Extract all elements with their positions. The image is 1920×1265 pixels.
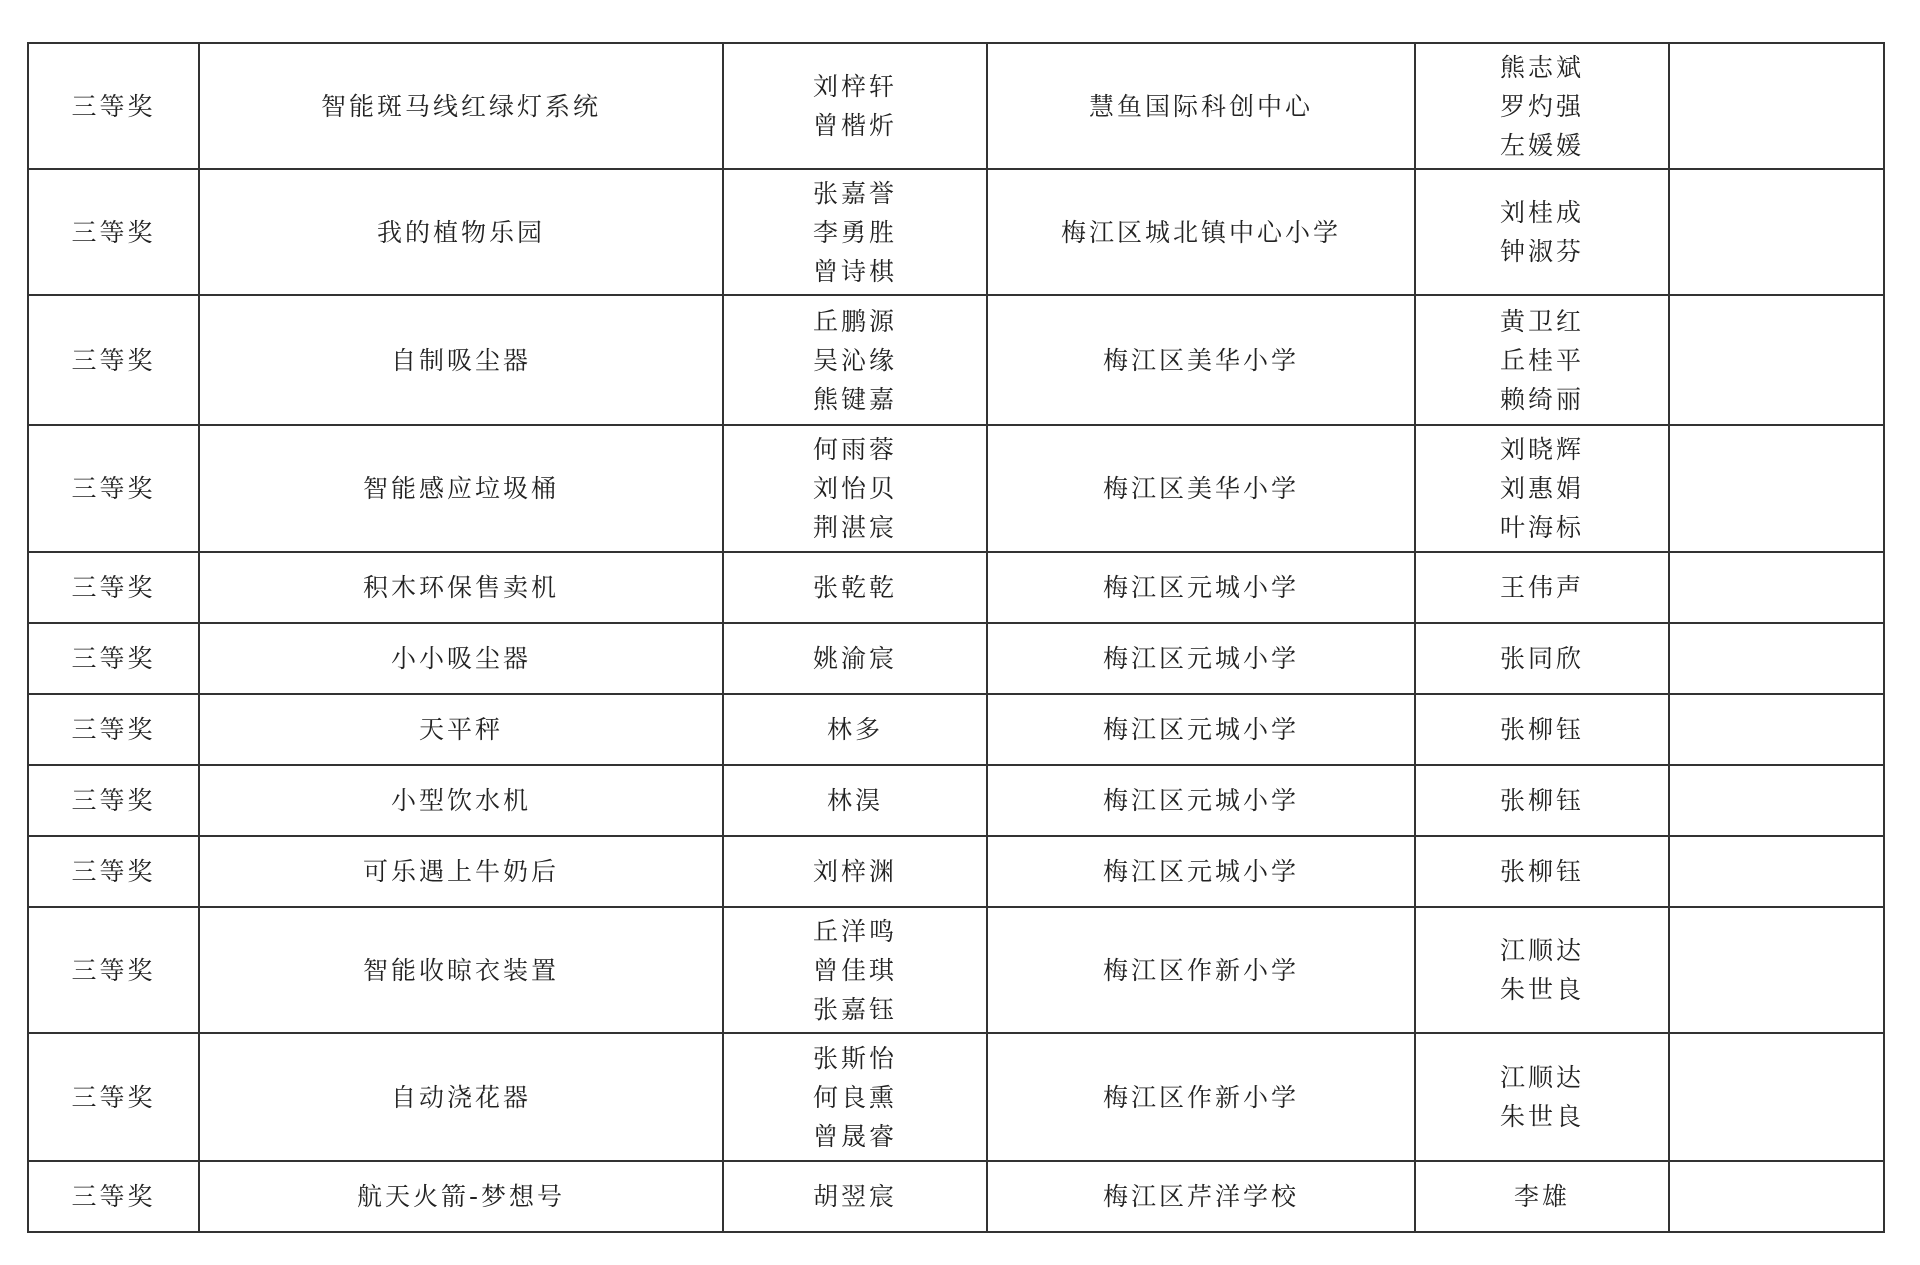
- student-name: 林淏: [724, 781, 986, 820]
- award-level-cell: 三等奖: [28, 694, 199, 765]
- student-name: 何良熏: [724, 1078, 986, 1117]
- award-level-cell: 三等奖: [28, 1033, 199, 1161]
- notes-cell: [1669, 295, 1884, 425]
- teacher-name: 赖绮丽: [1416, 380, 1668, 419]
- teacher-name: 张柳钰: [1416, 781, 1668, 820]
- student-name: 刘梓渊: [724, 852, 986, 891]
- award-level-cell: 三等奖: [28, 425, 199, 552]
- school-cell: 梅江区作新小学: [987, 1033, 1415, 1161]
- teacher-name: 张同欣: [1416, 639, 1668, 678]
- student-name: 吴沁缘: [724, 341, 986, 380]
- table-row: 三等奖自动浇花器张斯怡何良熏曾晟睿梅江区作新小学江顺达朱世良: [28, 1033, 1884, 1161]
- project-name-cell: 天平秤: [199, 694, 723, 765]
- teacher-name: 罗灼强: [1416, 87, 1668, 126]
- students-cell: 姚渝宸: [723, 623, 987, 694]
- student-name: 张嘉钰: [724, 990, 986, 1029]
- teachers-cell: 张柳钰: [1415, 694, 1669, 765]
- school-cell: 梅江区元城小学: [987, 623, 1415, 694]
- teacher-name: 熊志斌: [1416, 48, 1668, 87]
- teacher-name: 朱世良: [1416, 1097, 1668, 1136]
- student-name: 丘洋鸣: [724, 912, 986, 951]
- student-name: 张嘉誉: [724, 174, 986, 213]
- teacher-name: 王伟声: [1416, 568, 1668, 607]
- students-cell: 林多: [723, 694, 987, 765]
- school-cell: 梅江区芹洋学校: [987, 1161, 1415, 1232]
- students-cell: 张乾乾: [723, 552, 987, 623]
- teachers-cell: 李雄: [1415, 1161, 1669, 1232]
- project-name-cell: 自动浇花器: [199, 1033, 723, 1161]
- table-row: 三等奖小小吸尘器姚渝宸梅江区元城小学张同欣: [28, 623, 1884, 694]
- notes-cell: [1669, 623, 1884, 694]
- school-cell: 慧鱼国际科创中心: [987, 43, 1415, 169]
- student-name: 曾佳琪: [724, 951, 986, 990]
- table-row: 三等奖积木环保售卖机张乾乾梅江区元城小学王伟声: [28, 552, 1884, 623]
- students-cell: 丘洋鸣曾佳琪张嘉钰: [723, 907, 987, 1033]
- table-row: 三等奖智能收晾衣装置丘洋鸣曾佳琪张嘉钰梅江区作新小学江顺达朱世良: [28, 907, 1884, 1033]
- notes-cell: [1669, 43, 1884, 169]
- notes-cell: [1669, 907, 1884, 1033]
- teacher-name: 李雄: [1416, 1177, 1668, 1216]
- student-name: 熊键嘉: [724, 380, 986, 419]
- student-name: 曾晟睿: [724, 1117, 986, 1156]
- school-cell: 梅江区美华小学: [987, 425, 1415, 552]
- students-cell: 林淏: [723, 765, 987, 836]
- award-level-cell: 三等奖: [28, 623, 199, 694]
- table-row: 三等奖可乐遇上牛奶后刘梓渊梅江区元城小学张柳钰: [28, 836, 1884, 907]
- teachers-cell: 张柳钰: [1415, 765, 1669, 836]
- school-cell: 梅江区美华小学: [987, 295, 1415, 425]
- teachers-cell: 江顺达朱世良: [1415, 907, 1669, 1033]
- table-row: 三等奖小型饮水机林淏梅江区元城小学张柳钰: [28, 765, 1884, 836]
- project-name-cell: 小型饮水机: [199, 765, 723, 836]
- teacher-name: 钟淑芬: [1416, 232, 1668, 271]
- notes-cell: [1669, 765, 1884, 836]
- award-level-cell: 三等奖: [28, 552, 199, 623]
- award-level-cell: 三等奖: [28, 836, 199, 907]
- teachers-cell: 刘晓辉刘惠娟叶海标: [1415, 425, 1669, 552]
- students-cell: 刘梓轩曾楷炘: [723, 43, 987, 169]
- school-cell: 梅江区作新小学: [987, 907, 1415, 1033]
- student-name: 张斯怡: [724, 1039, 986, 1078]
- teacher-name: 叶海标: [1416, 508, 1668, 547]
- student-name: 李勇胜: [724, 213, 986, 252]
- notes-cell: [1669, 552, 1884, 623]
- teachers-cell: 黄卫红丘桂平赖绮丽: [1415, 295, 1669, 425]
- award-level-cell: 三等奖: [28, 765, 199, 836]
- project-name-cell: 智能斑马线红绿灯系统: [199, 43, 723, 169]
- notes-cell: [1669, 694, 1884, 765]
- students-cell: 张嘉誉李勇胜曾诗棋: [723, 169, 987, 295]
- award-level-cell: 三等奖: [28, 295, 199, 425]
- project-name-cell: 智能收晾衣装置: [199, 907, 723, 1033]
- student-name: 胡翌宸: [724, 1177, 986, 1216]
- award-table-body: 三等奖智能斑马线红绿灯系统刘梓轩曾楷炘慧鱼国际科创中心熊志斌罗灼强左媛媛三等奖我…: [28, 43, 1884, 1232]
- project-name-cell: 航天火箭-梦想号: [199, 1161, 723, 1232]
- school-cell: 梅江区元城小学: [987, 552, 1415, 623]
- teachers-cell: 熊志斌罗灼强左媛媛: [1415, 43, 1669, 169]
- teacher-name: 刘桂成: [1416, 193, 1668, 232]
- project-name-cell: 小小吸尘器: [199, 623, 723, 694]
- award-level-cell: 三等奖: [28, 169, 199, 295]
- table-row: 三等奖自制吸尘器丘鹏源吴沁缘熊键嘉梅江区美华小学黄卫红丘桂平赖绮丽: [28, 295, 1884, 425]
- table-row: 三等奖天平秤林多梅江区元城小学张柳钰: [28, 694, 1884, 765]
- teachers-cell: 张柳钰: [1415, 836, 1669, 907]
- project-name-cell: 我的植物乐园: [199, 169, 723, 295]
- students-cell: 刘梓渊: [723, 836, 987, 907]
- teacher-name: 张柳钰: [1416, 852, 1668, 891]
- teacher-name: 朱世良: [1416, 970, 1668, 1009]
- award-table: 三等奖智能斑马线红绿灯系统刘梓轩曾楷炘慧鱼国际科创中心熊志斌罗灼强左媛媛三等奖我…: [27, 42, 1885, 1233]
- teachers-cell: 张同欣: [1415, 623, 1669, 694]
- project-name-cell: 智能感应垃圾桶: [199, 425, 723, 552]
- teachers-cell: 刘桂成钟淑芬: [1415, 169, 1669, 295]
- table-row: 三等奖航天火箭-梦想号胡翌宸梅江区芹洋学校李雄: [28, 1161, 1884, 1232]
- project-name-cell: 可乐遇上牛奶后: [199, 836, 723, 907]
- table-row: 三等奖智能斑马线红绿灯系统刘梓轩曾楷炘慧鱼国际科创中心熊志斌罗灼强左媛媛: [28, 43, 1884, 169]
- student-name: 姚渝宸: [724, 639, 986, 678]
- award-level-cell: 三等奖: [28, 43, 199, 169]
- student-name: 刘怡贝: [724, 469, 986, 508]
- teacher-name: 刘惠娟: [1416, 469, 1668, 508]
- school-cell: 梅江区元城小学: [987, 694, 1415, 765]
- school-cell: 梅江区元城小学: [987, 836, 1415, 907]
- table-row: 三等奖我的植物乐园张嘉誉李勇胜曾诗棋梅江区城北镇中心小学刘桂成钟淑芬: [28, 169, 1884, 295]
- school-cell: 梅江区元城小学: [987, 765, 1415, 836]
- notes-cell: [1669, 1033, 1884, 1161]
- teacher-name: 丘桂平: [1416, 341, 1668, 380]
- students-cell: 丘鹏源吴沁缘熊键嘉: [723, 295, 987, 425]
- notes-cell: [1669, 425, 1884, 552]
- teachers-cell: 江顺达朱世良: [1415, 1033, 1669, 1161]
- students-cell: 何雨蓉刘怡贝荆湛宸: [723, 425, 987, 552]
- teacher-name: 江顺达: [1416, 931, 1668, 970]
- teacher-name: 刘晓辉: [1416, 430, 1668, 469]
- student-name: 丘鹏源: [724, 302, 986, 341]
- project-name-cell: 自制吸尘器: [199, 295, 723, 425]
- student-name: 曾诗棋: [724, 252, 986, 291]
- student-name: 林多: [724, 710, 986, 749]
- teacher-name: 江顺达: [1416, 1058, 1668, 1097]
- notes-cell: [1669, 169, 1884, 295]
- teacher-name: 左媛媛: [1416, 126, 1668, 165]
- teachers-cell: 王伟声: [1415, 552, 1669, 623]
- student-name: 刘梓轩: [724, 67, 986, 106]
- notes-cell: [1669, 1161, 1884, 1232]
- student-name: 张乾乾: [724, 568, 986, 607]
- student-name: 曾楷炘: [724, 106, 986, 145]
- teacher-name: 黄卫红: [1416, 302, 1668, 341]
- students-cell: 张斯怡何良熏曾晟睿: [723, 1033, 987, 1161]
- school-cell: 梅江区城北镇中心小学: [987, 169, 1415, 295]
- student-name: 何雨蓉: [724, 430, 986, 469]
- project-name-cell: 积木环保售卖机: [199, 552, 723, 623]
- teacher-name: 张柳钰: [1416, 710, 1668, 749]
- students-cell: 胡翌宸: [723, 1161, 987, 1232]
- table-row: 三等奖智能感应垃圾桶何雨蓉刘怡贝荆湛宸梅江区美华小学刘晓辉刘惠娟叶海标: [28, 425, 1884, 552]
- student-name: 荆湛宸: [724, 508, 986, 547]
- award-level-cell: 三等奖: [28, 907, 199, 1033]
- notes-cell: [1669, 836, 1884, 907]
- award-level-cell: 三等奖: [28, 1161, 199, 1232]
